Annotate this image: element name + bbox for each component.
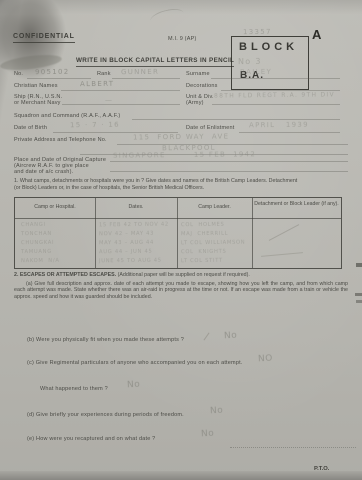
field-capture-label-line3: and date of a/c crash). [14,169,73,175]
stamp-serial-handwritten: 13357 [243,28,272,36]
field-surname-rule [211,78,340,79]
field-rank-label: Rank [97,71,111,77]
field-unit-rule [212,104,340,105]
table-row-dates: JUNE 45 TO AUG 45 [99,258,162,265]
table-row-leader: COL KNIGHTS [181,249,227,255]
table-row-camp: TAMUANG [21,249,52,255]
question-e-answer: No [201,429,215,440]
question-d-label: (d) Give briefly your experiences during… [27,412,184,418]
classification-heading: CONFIDENTIAL [13,33,75,43]
section2-paragraph-a: (a) Give full description and approx. da… [14,281,348,300]
field-enlistment-rule [239,132,340,133]
field-enlistment-label: Date of Enlistment [186,125,235,131]
field-unit-label-line2: (Army) [186,100,204,106]
table-row-camp: TONCHAN [21,231,52,237]
table-row-camp: NAKOM N/A [21,258,60,264]
table-row-leader: MAJ CHERRILL [181,231,228,237]
page-bleed-text [356,300,362,303]
question-c-answer: NO [258,354,273,365]
field-surname-value: BAILEY [240,68,272,76]
table-header-leader: Camp Leader. [177,204,252,210]
field-address-label: Private Address and Telephone No. [14,137,107,143]
table-row-camp: CHANGI [21,222,46,228]
page-bleed-text [355,293,362,296]
block-stamp: BLOCK No 3 B.A. [231,36,309,90]
page-bleed-text [356,263,362,267]
field-christian-names-value: ALBERT [80,80,114,88]
table-row-dates: 15 FEB 42 TO NOV 42 [99,222,169,229]
table-row-leader: LT COL STITT [181,258,223,264]
field-christian-names-label: Christian Names [14,83,58,89]
field-no-value: 905102 [35,68,70,76]
field-enlistment-value: APRIL 1939 [249,121,309,130]
stray-pencil-mark [204,333,210,341]
field-capture-value: SINGAPORE 15 FEB 1942 [113,150,256,159]
instruction-heading: WRITE IN BLOCK CAPITAL LETTERS IN PENCIL [76,57,234,67]
field-address-value1: 115 FORD WAY AVE [133,132,229,141]
field-capture-rule2 [110,171,348,172]
table-row-leader: LT COL WILLIAMSON [181,240,245,247]
paper-bottom-edge [0,471,362,480]
table-header-detachment: Detachment or Block Leader (if any). [254,201,339,207]
block-stamp-word: BLOCK [239,41,298,53]
section2-heading-text: 2. ESCAPES OR ATTEMPTED ESCAPES. [14,272,116,278]
table-divider-3 [252,198,253,268]
block-stamp-middle-handwritten: No 3 [238,57,262,66]
field-no-label: No. [14,71,23,77]
camps-table: Camp or Hospital. Dates. Camp Leader. De… [14,197,342,269]
table-row-dates: MAY 43 – AUG 44 [99,240,154,247]
question-e-label: (e) How were you recaptured and on what … [27,436,155,442]
field-ship-value: — [105,96,113,104]
field-dob-value: 15 · 7 · 16 [70,121,120,130]
section1-intro-line2: (or Block) Leaders or, in the case of ho… [14,185,204,191]
field-address-rule1 [117,144,348,145]
field-ship-label-line2: or Merchant Navy [14,100,61,106]
table-row-dates: NOV 42 – MAY 43 [99,231,154,238]
pencil-squiggle-top [149,6,185,28]
field-dob-label: Date of Birth [14,125,47,131]
table-row-dates: AUG 44 – JUN 45 [99,249,153,256]
question-c-label: (c) Give Regimental particulars of anyon… [27,360,243,366]
field-decorations-label: Decorations [186,83,218,89]
pencil-smudge-detachment [261,252,303,257]
table-row-camp: CHUNGKAI [21,240,54,246]
table-row-leader: COL HOLMES [181,222,225,228]
pow-questionnaire-scan: CONFIDENTIAL M.I. 9 (AP) 13357 A WRITE I… [0,0,362,480]
field-christian-names-rule [61,90,180,91]
field-unit-value: 88TH FLD REGT R.A. 9TH DIV [214,91,335,99]
field-no-rule [27,78,91,79]
field-squadron-label: Squadron and Command (R.A.F., A.A.F.) [14,113,120,119]
form-reference: M.I. 9 (AP) [168,36,196,42]
field-surname-label: Surname [186,71,210,77]
answer-rule-dotted [230,447,356,448]
field-ship-rule [62,104,180,105]
field-capture-rule1 [110,161,348,162]
table-header-dates: Dates. [95,204,177,210]
pencil-smudge-detachment [269,224,299,241]
field-rank-value: GUNNER [121,68,159,76]
section2-heading-note: (Additional paper will be supplied on re… [118,272,250,278]
question-c2-label: What happened to them ? [40,386,108,392]
question-b-answer: No [224,331,238,342]
corner-letter: A [312,27,321,42]
field-rank-rule [112,78,180,79]
table-header-rule [15,218,341,219]
section2-heading: 2. ESCAPES OR ATTEMPTED ESCAPES. (Additi… [14,272,250,278]
question-c2-answer: No [127,380,141,391]
section1-intro-line1: 1. What camps, detachments or hospitals … [14,178,297,184]
stain-top-left [0,0,77,93]
question-b-label: (b) Were you physically fit when you mad… [27,337,184,343]
question-d-answer: No [210,406,224,417]
table-header-camp: Camp or Hospital. [15,204,95,210]
